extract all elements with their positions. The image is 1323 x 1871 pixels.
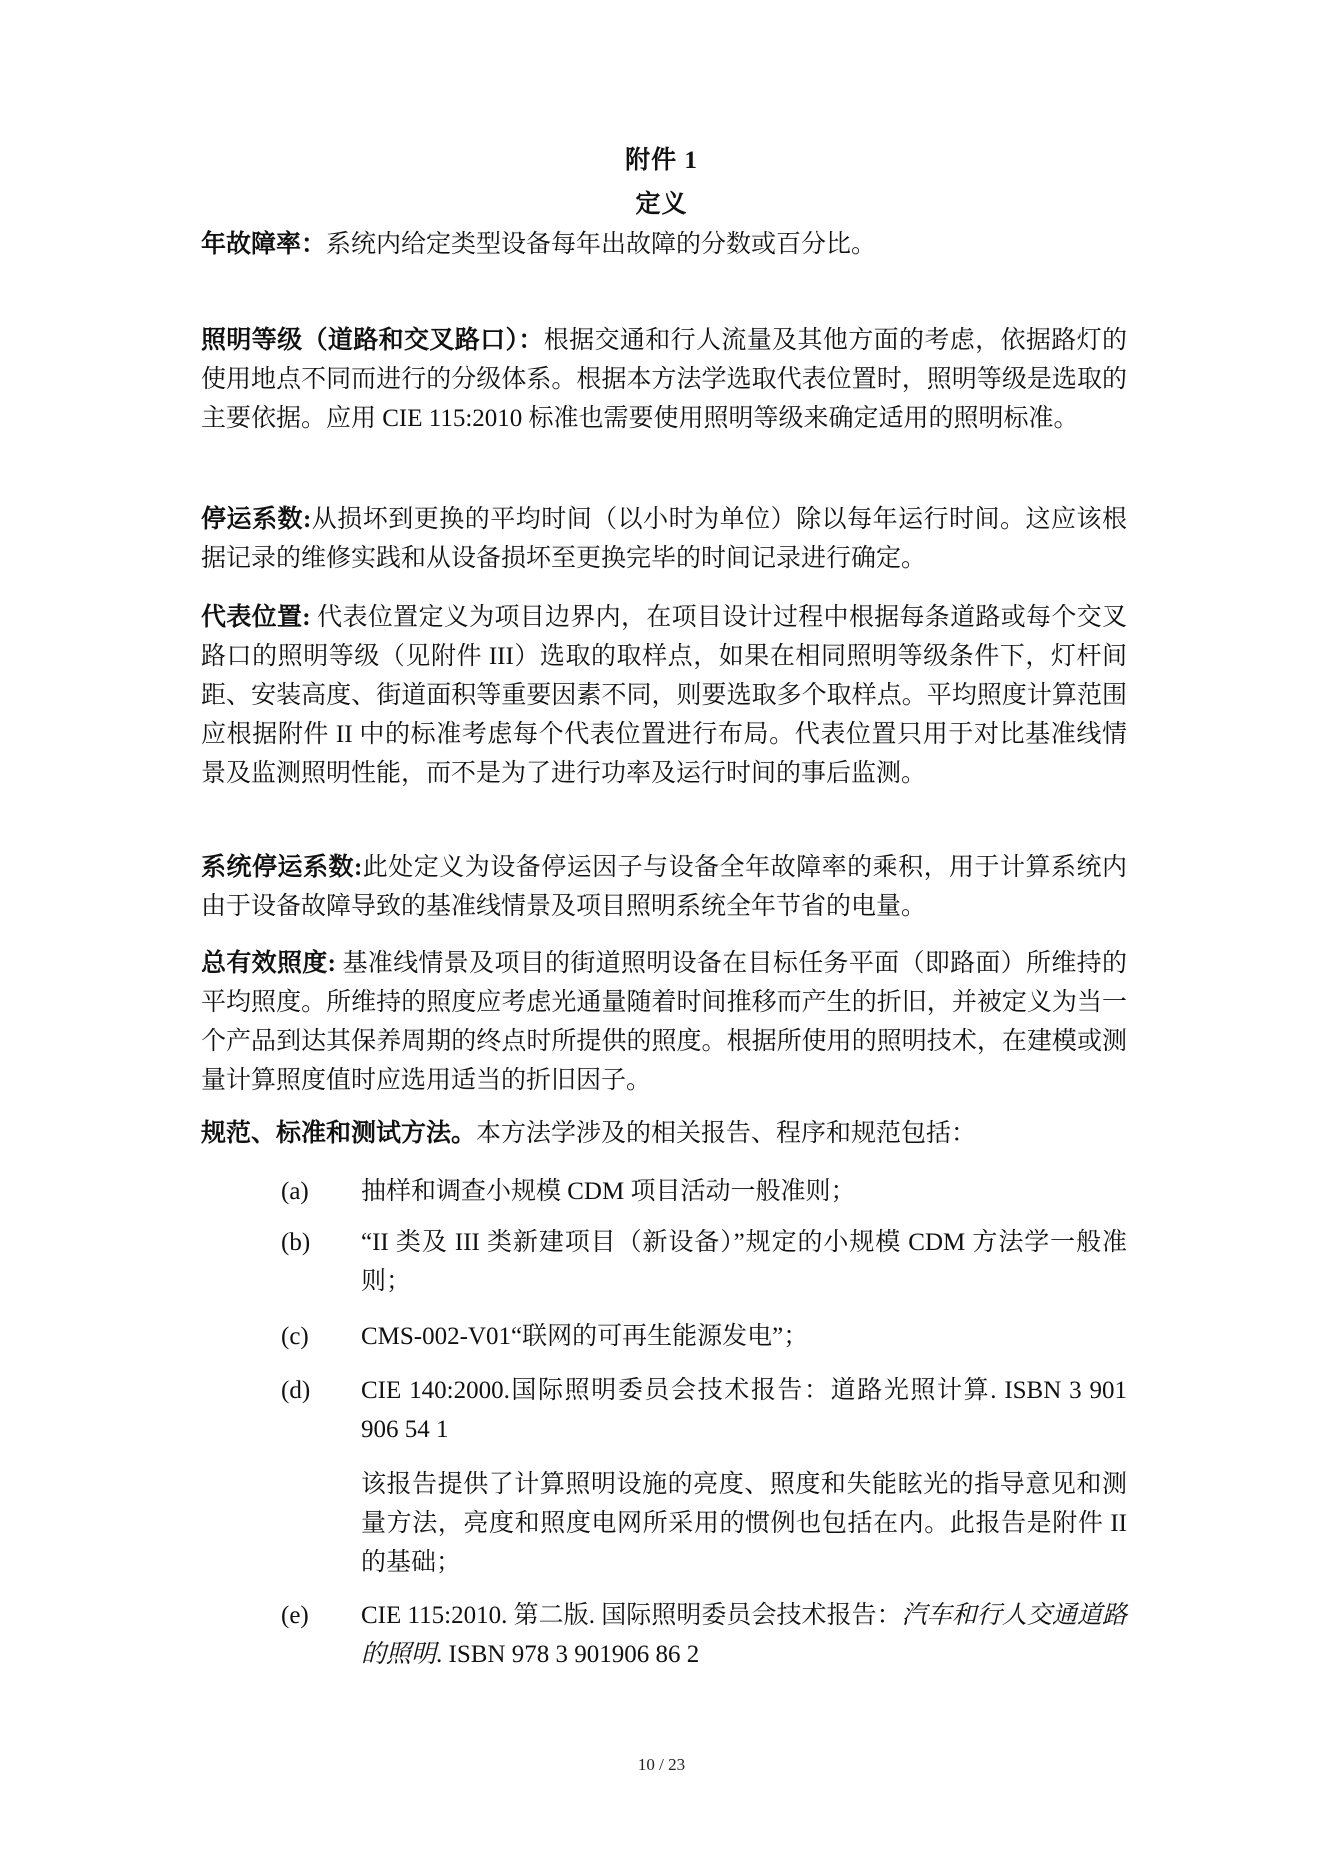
item-label: (b) bbox=[281, 1223, 341, 1262]
definition-text: 从损坏到更换的平均时间（以小时为单位）除以每年运行时间。这应该根据记录的维修实践… bbox=[201, 506, 1127, 572]
standards-item-b: (b) “II 类及 III 类新建项目（新设备）”规定的小规模 CDM 方法学… bbox=[281, 1223, 1127, 1301]
definition-term: 系统停运系数: bbox=[201, 854, 362, 881]
item-text: 抽样和调查小规模 CDM 项目活动一般准则； bbox=[361, 1172, 1127, 1211]
standards-item-a: (a) 抽样和调查小规模 CDM 项目活动一般准则； bbox=[281, 1172, 1127, 1211]
item-text-suffix: . ISBN 978 3 901906 86 2 bbox=[436, 1641, 699, 1668]
definition-term: 年故障率： bbox=[201, 231, 326, 258]
definition-text: 系统内给定类型设备每年出故障的分数或百分比。 bbox=[326, 231, 876, 258]
standards-item-d: (d) CIE 140:2000.国际照明委员会技术报告：道路光照计算. ISB… bbox=[281, 1371, 1127, 1449]
definition-annual-failure-rate: 年故障率：系统内给定类型设备每年出故障的分数或百分比。 bbox=[201, 225, 1127, 264]
definition-term: 总有效照度: bbox=[201, 950, 342, 977]
definition-outage-factor: 停运系数:从损坏到更换的平均时间（以小时为单位）除以每年运行时间。这应该根据记录… bbox=[201, 500, 1127, 578]
document-page: 附件 1 定义 年故障率：系统内给定类型设备每年出故障的分数或百分比。 照明等级… bbox=[0, 0, 1323, 1871]
definition-text: 代表位置定义为项目边界内，在项目设计过程中根据每条道路或每个交叉路口的照明等级（… bbox=[201, 604, 1127, 787]
item-text: “II 类及 III 类新建项目（新设备）”规定的小规模 CDM 方法学一般准则… bbox=[361, 1223, 1127, 1301]
item-text: CIE 115:2010. 第二版. 国际照明委员会技术报告：汽车和行人交通道路… bbox=[361, 1596, 1127, 1674]
definition-lighting-class: 照明等级（道路和交叉路口）：根据交通和行人流量及其他方面的考虑，依据路灯的使用地… bbox=[201, 321, 1127, 438]
definition-representative-location: 代表位置: 代表位置定义为项目边界内，在项目设计过程中根据每条道路或每个交叉路口… bbox=[201, 598, 1127, 793]
item-label: (d) bbox=[281, 1371, 341, 1410]
item-text-prefix: CIE 115:2010. 第二版. 国际照明委员会技术报告： bbox=[361, 1602, 902, 1629]
item-text: CIE 140:2000.国际照明委员会技术报告：道路光照计算. ISBN 3 … bbox=[361, 1371, 1127, 1449]
definition-term: 代表位置: bbox=[201, 604, 317, 631]
standards-item-e: (e) CIE 115:2010. 第二版. 国际照明委员会技术报告：汽车和行人… bbox=[281, 1596, 1127, 1674]
definition-total-effective-illuminance: 总有效照度: 基准线情景及项目的街道照明设备在目标任务平面（即路面）所维持的平均… bbox=[201, 944, 1127, 1100]
standards-item-d-note: 该报告提供了计算照明设施的亮度、照度和失能眩光的指导意见和测量方法，亮度和照度电… bbox=[361, 1465, 1127, 1582]
item-text: CMS-002-V01“联网的可再生能源发电”； bbox=[361, 1317, 1127, 1356]
section-title: 定义 bbox=[0, 184, 1323, 220]
annex-title: 附件 1 bbox=[0, 140, 1323, 176]
item-label: (a) bbox=[281, 1172, 341, 1211]
standards-intro: 规范、标准和测试方法。本方法学涉及的相关报告、程序和规范包括： bbox=[201, 1114, 1127, 1153]
standards-item-c: (c) CMS-002-V01“联网的可再生能源发电”； bbox=[281, 1317, 1127, 1356]
standards-intro-text: 本方法学涉及的相关报告、程序和规范包括： bbox=[476, 1120, 976, 1147]
definition-system-outage-factor: 系统停运系数:此处定义为设备停运因子与设备全年故障率的乘积，用于计算系统内由于设… bbox=[201, 848, 1127, 926]
definition-term: 停运系数: bbox=[201, 506, 311, 533]
item-label: (c) bbox=[281, 1317, 341, 1356]
page-number: 10 / 23 bbox=[0, 1755, 1323, 1775]
item-label: (e) bbox=[281, 1596, 341, 1635]
standards-term: 规范、标准和测试方法。 bbox=[201, 1120, 476, 1147]
definition-term: 照明等级（道路和交叉路口）： bbox=[201, 327, 544, 354]
